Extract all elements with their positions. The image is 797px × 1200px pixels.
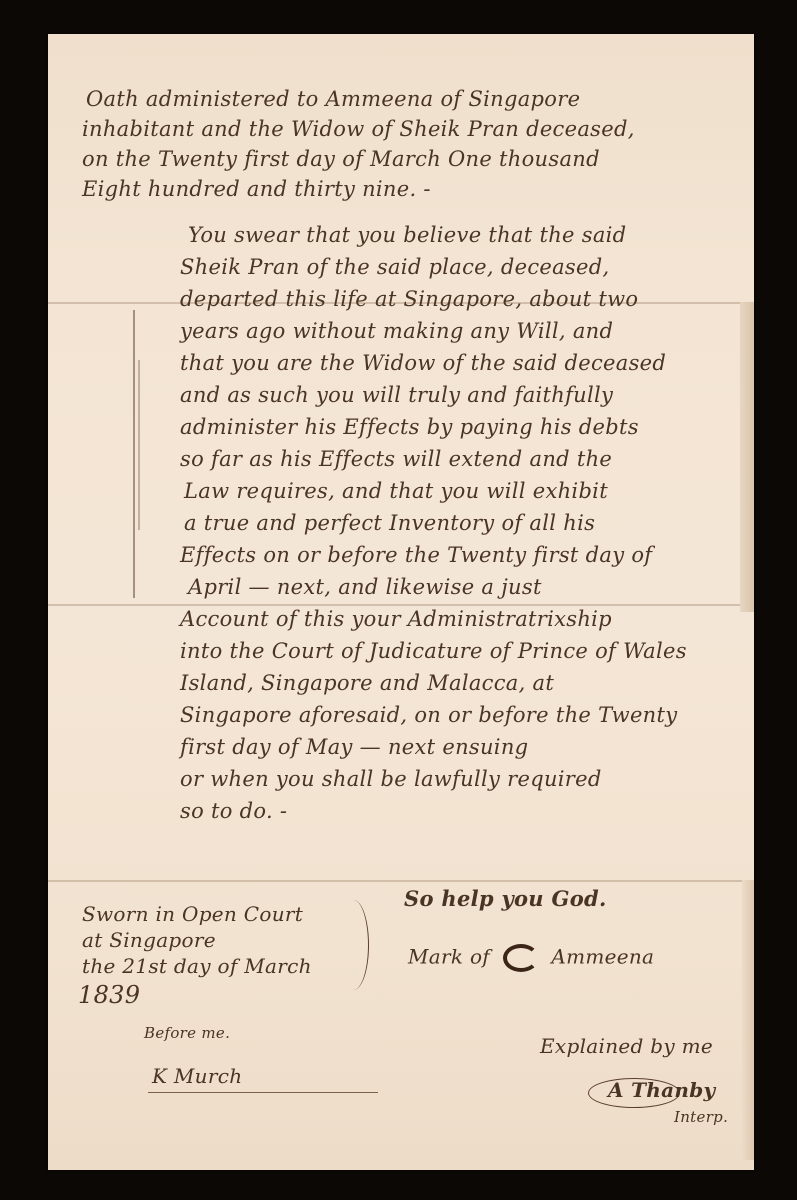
title-line: Eight hundred and thirty nine. - <box>82 174 431 204</box>
sworn-year: 1839 <box>78 980 140 1010</box>
oath-line: administer his Effects by paying his deb… <box>180 412 639 442</box>
oath-line: Sheik Pran of the said place, deceased, <box>180 252 609 282</box>
oath-line: Singapore aforesaid, on or before the Tw… <box>180 700 677 730</box>
mark-name: Ammeena <box>551 945 654 969</box>
sworn-line: the 21st day of March <box>82 954 312 978</box>
oath-line: that you are the Widow of the said decea… <box>180 348 666 378</box>
document-page: Oath administered to Ammeena of Singapor… <box>48 34 754 1170</box>
bracket-flourish <box>338 900 369 990</box>
oath-line: April — next, and likewise a just <box>188 572 542 602</box>
oath-line: Island, Singapore and Malacca, at <box>180 668 554 698</box>
oath-line: You swear that you believe that the said <box>188 220 626 250</box>
paper-edge <box>740 302 754 612</box>
oath-line: so to do. - <box>180 796 287 826</box>
oath-line: departed this life at Singapore, about t… <box>180 284 638 314</box>
judge-signature: K Murch <box>152 1064 242 1088</box>
interpreter-signature: A Thanby <box>608 1078 715 1102</box>
closing-phrase: So help you God. <box>404 884 607 914</box>
oath-line: first day of May — next ensuing <box>180 732 528 762</box>
oath-line: Effects on or before the Twenty first da… <box>180 540 652 570</box>
mark-prefix: Mark of <box>408 945 490 969</box>
title-line: inhabitant and the Widow of Sheik Pran d… <box>82 114 635 144</box>
margin-rule <box>138 360 140 530</box>
sworn-line: Sworn in Open Court <box>82 902 303 926</box>
margin-rule <box>133 310 135 598</box>
before-me: Before me. <box>144 1024 230 1042</box>
explained-by: Explained by me <box>540 1034 713 1058</box>
oath-line: and as such you will truly and faithfull… <box>180 380 613 410</box>
oath-line: into the Court of Judicature of Prince o… <box>180 636 687 666</box>
title-line: on the Twenty first day of March One tho… <box>82 144 600 174</box>
oath-line: Account of this your Administratrixship <box>180 604 612 634</box>
signature-rule <box>148 1092 378 1093</box>
oath-line: a true and perfect Inventory of all his <box>184 508 595 538</box>
sworn-line: at Singapore <box>82 928 216 952</box>
title-line: Oath administered to Ammeena of Singapor… <box>86 84 580 114</box>
mark-cross-icon <box>503 944 539 972</box>
interpreter-title: Interp. <box>674 1108 728 1126</box>
fold-line <box>48 880 754 882</box>
mark-line: Mark of Ammeena <box>408 944 654 972</box>
paper-edge <box>742 880 754 1160</box>
oath-line: so far as his Effects will extend and th… <box>180 444 612 474</box>
oath-line: or when you shall be lawfully required <box>180 764 602 794</box>
oath-line: Law requires, and that you will exhibit <box>184 476 608 506</box>
oath-line: years ago without making any Will, and <box>180 316 613 346</box>
